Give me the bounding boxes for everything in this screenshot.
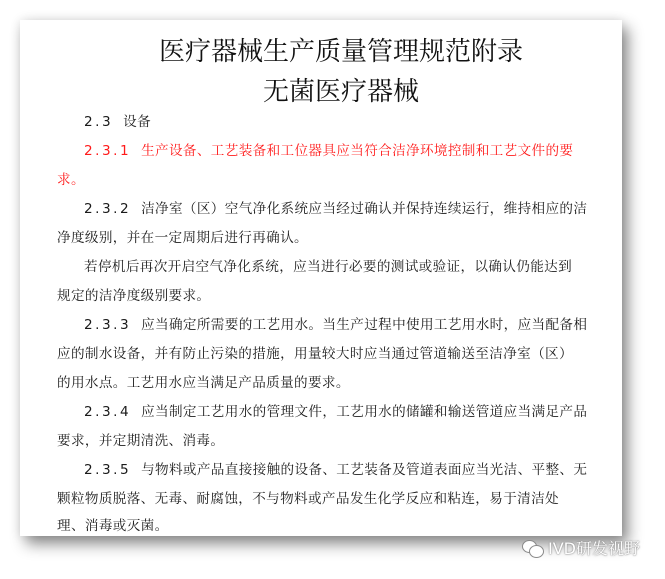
clause-number: 2.3.1 <box>84 143 131 159</box>
clause-text: 若停机后再次开启空气净化系统，应当进行必要的测试或验证，以确认仍能达到 <box>84 259 572 275</box>
paragraph-line: 若停机后再次开启空气净化系统，应当进行必要的测试或验证，以确认仍能达到 <box>84 257 572 277</box>
paragraph-line: 要求，并定期清洗、消毒。 <box>57 431 224 451</box>
clause-text: 的用水点。工艺用水应当满足产品质量的要求。 <box>57 375 350 391</box>
clause-text: 规定的洁净度级别要求。 <box>57 288 210 304</box>
section-number: 2.3 <box>84 114 113 130</box>
clause-text: 洁净室（区）空气净化系统应当经过确认并保持连续运行，维持相应的洁 <box>141 201 587 217</box>
section-title: 设备 <box>123 114 151 130</box>
clause-text: 应当制定工艺用水的管理文件，工艺用水的储罐和输送管道应当满足产品 <box>141 404 587 420</box>
paragraph-line: 2.3.3应当确定所需要的工艺用水。当生产过程中使用工艺用水时，应当配备相 <box>84 315 587 335</box>
paragraph-line: 2.3.1生产设备、工艺装备和工位器具应当符合洁净环境控制和工艺文件的要 <box>84 141 573 161</box>
paragraph-line: 2.3.4应当制定工艺用水的管理文件，工艺用水的储罐和输送管道应当满足产品 <box>84 402 587 422</box>
clause-number: 2.3.3 <box>84 317 131 333</box>
clause-text: 理、消毒或灭菌。 <box>57 518 169 534</box>
document-title: 医疗器械生产质量管理规范附录 <box>40 36 642 68</box>
paragraph-line: 2.3.5与物料或产品直接接触的设备、工艺装备及管道表面应当光洁、平整、无 <box>84 460 587 480</box>
paragraph-line: 规定的洁净度级别要求。 <box>57 286 210 306</box>
document-page: 医疗器械生产质量管理规范附录 无菌医疗器械 2.3设备 2.3.1生产设备、工艺… <box>20 20 622 536</box>
watermark-text: IVD研发视野 <box>548 536 640 559</box>
paragraph-line: 颗粒物质脱落、无毒、耐腐蚀，不与物料或产品发生化学反应和粘连，易于清洁处 <box>57 489 559 509</box>
clause-number: 2.3.4 <box>84 404 131 420</box>
paragraph-line: 净度级别，并在一定周期后进行再确认。 <box>57 228 308 248</box>
wechat-icon <box>522 539 544 557</box>
clause-text: 应当确定所需要的工艺用水。当生产过程中使用工艺用水时，应当配备相 <box>141 317 587 333</box>
paragraph-line: 2.3.2洁净室（区）空气净化系统应当经过确认并保持连续运行，维持相应的洁 <box>84 199 587 219</box>
clause-text: 求。 <box>57 172 85 188</box>
watermark: IVD研发视野 <box>522 536 640 559</box>
document-subtitle: 无菌医疗器械 <box>40 76 642 108</box>
clause-text: 生产设备、工艺装备和工位器具应当符合洁净环境控制和工艺文件的要 <box>141 143 573 159</box>
paragraph-line: 应的制水设备，并有防止污染的措施，用量较大时应当通过管道输送至洁净室（区） <box>57 344 573 364</box>
paragraph-line: 理、消毒或灭菌。 <box>57 516 169 536</box>
paragraph-line: 求。 <box>57 170 85 190</box>
clause-text: 颗粒物质脱落、无毒、耐腐蚀，不与物料或产品发生化学反应和粘连，易于清洁处 <box>57 491 559 507</box>
clause-number: 2.3.2 <box>84 201 131 217</box>
paragraph-line: 的用水点。工艺用水应当满足产品质量的要求。 <box>57 373 350 393</box>
section-heading: 2.3设备 <box>84 112 151 132</box>
clause-text: 与物料或产品直接接触的设备、工艺装备及管道表面应当光洁、平整、无 <box>141 462 587 478</box>
clause-text: 净度级别，并在一定周期后进行再确认。 <box>57 230 308 246</box>
clause-text: 应的制水设备，并有防止污染的措施，用量较大时应当通过管道输送至洁净室（区） <box>57 346 573 362</box>
clause-text: 要求，并定期清洗、消毒。 <box>57 433 224 449</box>
clause-number: 2.3.5 <box>84 462 131 478</box>
